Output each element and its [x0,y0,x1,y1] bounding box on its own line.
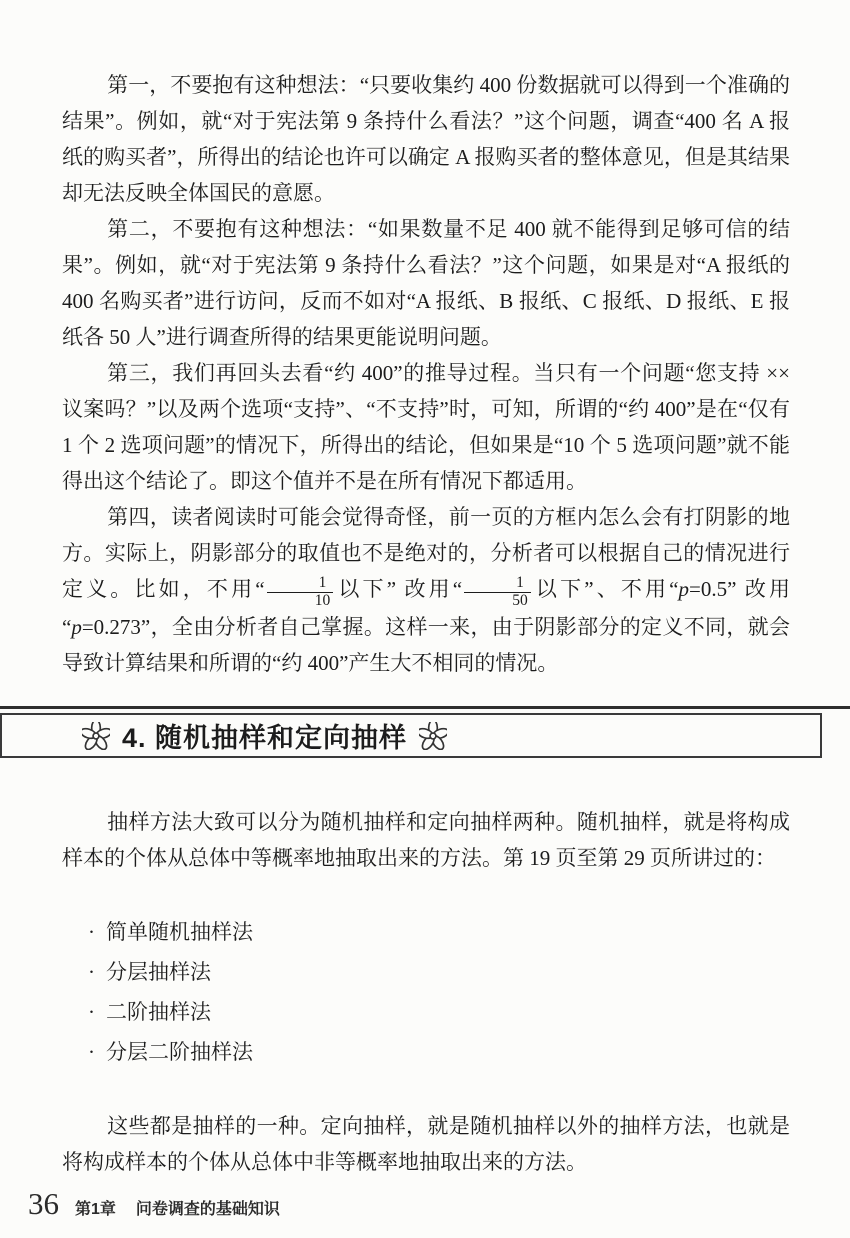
body-text-block: 第一，不要抱有这种想法：“只要收集约 400 份数据就可以得到一个准确的结果”。… [0,0,850,681]
paragraph-3: 第三，我们再回头去看“约 400”的推导过程。当只有一个问题“您支持 ×× 议案… [62,355,790,499]
paragraph-4-segment: 以下” 改用“ [335,577,462,601]
section-heading-box: 4. 随机抽样和定向抽样 [0,713,822,758]
section-heading: 4. 随机抽样和定向抽样 [0,706,850,758]
paragraph-4-segment: =0.273”，全由分析者自己掌握。这样一来，由于阴影部分的定义不同，就会导致计… [62,615,790,675]
section-body-block: 抽样方法大致可以分为随机抽样和定向抽样两种。随机抽样，就是将构成样本的个体从总体… [0,758,850,1180]
book-page: 第一，不要抱有这种想法：“只要收集约 400 份数据就可以得到一个准确的结果”。… [0,0,850,1238]
florette-icon [419,722,447,750]
page-footer: 36 第1章 问卷调查的基础知识 [28,1186,280,1222]
sampling-methods-list: · 简单随机抽样法 · 分层抽样法 · 二阶抽样法 · 分层二阶抽样法 [88,912,790,1072]
paragraph-6: 这些都是抽样的一种。定向抽样，就是随机抽样以外的抽样方法，也就是将构成样本的个体… [62,1108,790,1180]
list-item-label: 分层抽样法 [106,952,211,992]
florette-icon [82,722,110,750]
list-item-label: 分层二阶抽样法 [106,1032,253,1072]
fraction-denominator: 10 [267,593,334,610]
bullet-icon: · [88,952,106,992]
chapter-title: 问卷调查的基础知识 [136,1196,280,1219]
bullet-icon: · [88,992,106,1032]
fraction-denominator: 50 [464,593,531,610]
paragraph-1: 第一，不要抱有这种想法：“只要收集约 400 份数据就可以得到一个准确的结果”。… [62,67,790,211]
section-heading-title: 4. 随机抽样和定向抽样 [122,716,407,755]
list-item-label: 简单随机抽样法 [106,912,253,952]
fraction-one-fiftieth: 150 [464,575,531,610]
chapter-label: 第1章 [75,1196,116,1219]
list-item-label: 二阶抽样法 [106,992,211,1032]
bullet-icon: · [88,1032,106,1072]
paragraph-5: 抽样方法大致可以分为随机抽样和定向抽样两种。随机抽样，就是将构成样本的个体从总体… [62,804,790,876]
heading-top-rule [0,706,850,709]
fraction-numerator: 1 [464,575,531,593]
paragraph-2: 第二，不要抱有这种想法：“如果数量不足 400 就不能得到足够可信的结果”。例如… [62,211,790,355]
variable-p: p [679,577,690,601]
fraction-one-tenth: 110 [267,575,334,610]
bullet-icon: · [88,912,106,952]
page-number: 36 [28,1186,59,1222]
list-item: · 分层二阶抽样法 [88,1032,790,1072]
list-item: · 分层抽样法 [88,952,790,992]
list-item: · 二阶抽样法 [88,992,790,1032]
paragraph-4: 第四，读者阅读时可能会觉得奇怪，前一页的方框内怎么会有打阴影的地方。实际上，阴影… [62,499,790,681]
variable-p: p [71,615,82,639]
fraction-numerator: 1 [267,575,334,593]
paragraph-4-segment: 以下”、不用“ [533,577,679,601]
list-item: · 简单随机抽样法 [88,912,790,952]
